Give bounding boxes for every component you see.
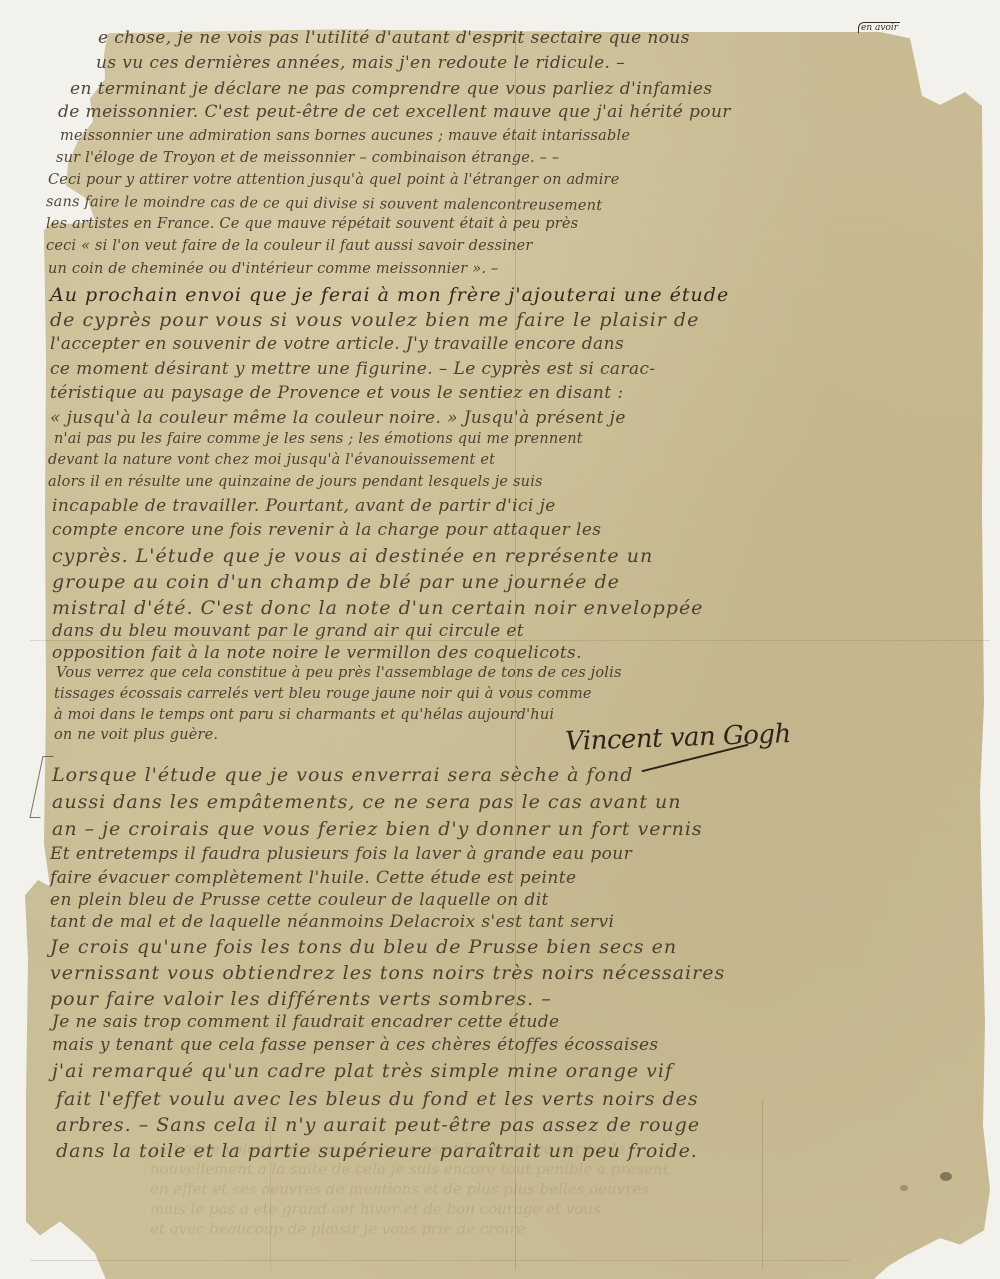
document-viewer: de bonne volonte et sans rien qui en soi… bbox=[0, 0, 1000, 1279]
letter-farewell: Recevez en attendant, cher monsieur, l'e… bbox=[0, 0, 1000, 1279]
